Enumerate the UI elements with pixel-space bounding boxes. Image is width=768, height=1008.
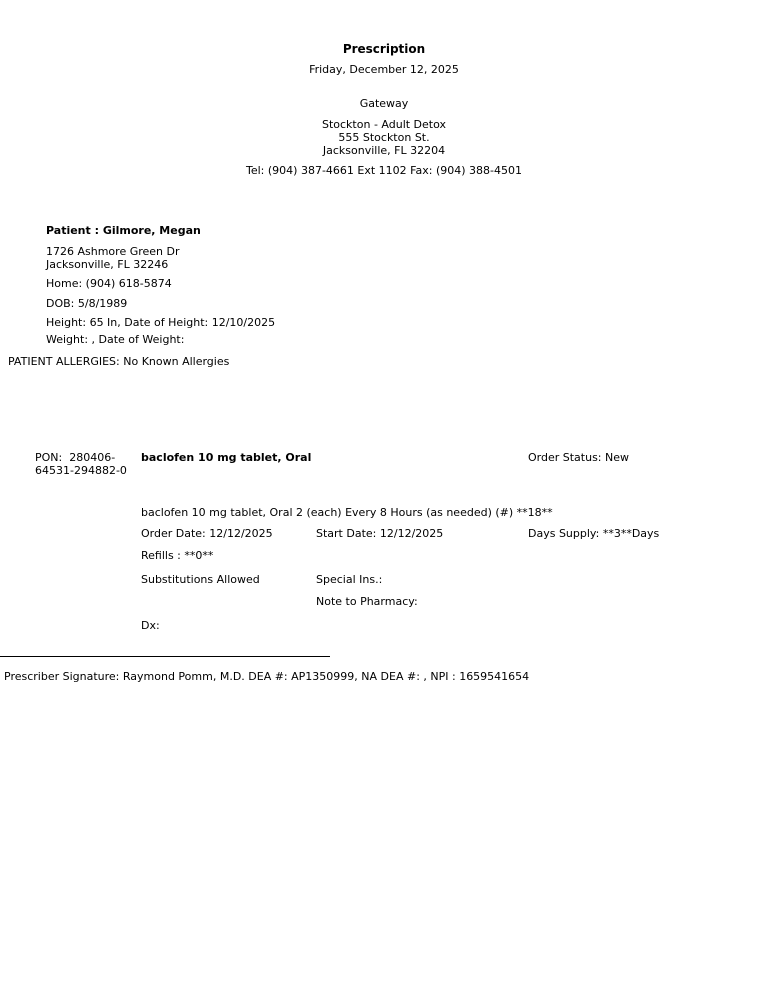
patient-name: Patient : Gilmore, Megan: [46, 224, 201, 237]
patient-weight: Weight: , Date of Weight:: [46, 333, 184, 346]
facility-street: 555 Stockton St.: [0, 131, 768, 144]
order-start-date: Start Date: 12/12/2025: [316, 527, 443, 540]
prescription-document: Prescription Friday, December 12, 2025 G…: [0, 0, 768, 1008]
facility-name: Stockton - Adult Detox: [0, 118, 768, 131]
organization-name: Gateway: [0, 97, 768, 110]
order-note-to-pharmacy: Note to Pharmacy:: [316, 595, 418, 608]
order-days-supply: Days Supply: **3**Days: [528, 527, 659, 540]
document-date: Friday, December 12, 2025: [0, 63, 768, 76]
document-title: Prescription: [0, 43, 768, 56]
signature-line: [0, 656, 330, 657]
order-refills: Refills : **0**: [141, 549, 213, 562]
patient-address-line1: 1726 Ashmore Green Dr: [46, 245, 180, 258]
prescriber-signature-text: Prescriber Signature: Raymond Pomm, M.D.…: [4, 670, 529, 683]
patient-dob: DOB: 5/8/1989: [46, 297, 127, 310]
order-date: Order Date: 12/12/2025: [141, 527, 273, 540]
patient-allergies: PATIENT ALLERGIES: No Known Allergies: [8, 355, 229, 368]
facility-contact: Tel: (904) 387-4661 Ext 1102 Fax: (904) …: [0, 164, 768, 177]
order-pon-line2: 64531-294882-0: [35, 464, 127, 477]
order-pon-line1: PON: 280406-: [35, 451, 115, 464]
order-drug-name: baclofen 10 mg tablet, Oral: [141, 451, 311, 464]
patient-home-phone: Home: (904) 618-5874: [46, 277, 172, 290]
patient-height: Height: 65 In, Date of Height: 12/10/202…: [46, 316, 275, 329]
order-dx: Dx:: [141, 619, 160, 632]
order-status: Order Status: New: [528, 451, 629, 464]
patient-address-line2: Jacksonville, FL 32246: [46, 258, 168, 271]
order-special-instructions: Special Ins.:: [316, 573, 382, 586]
order-sig: baclofen 10 mg tablet, Oral 2 (each) Eve…: [141, 506, 553, 519]
order-substitutions: Substitutions Allowed: [141, 573, 260, 586]
facility-city-state-zip: Jacksonville, FL 32204: [0, 144, 768, 157]
